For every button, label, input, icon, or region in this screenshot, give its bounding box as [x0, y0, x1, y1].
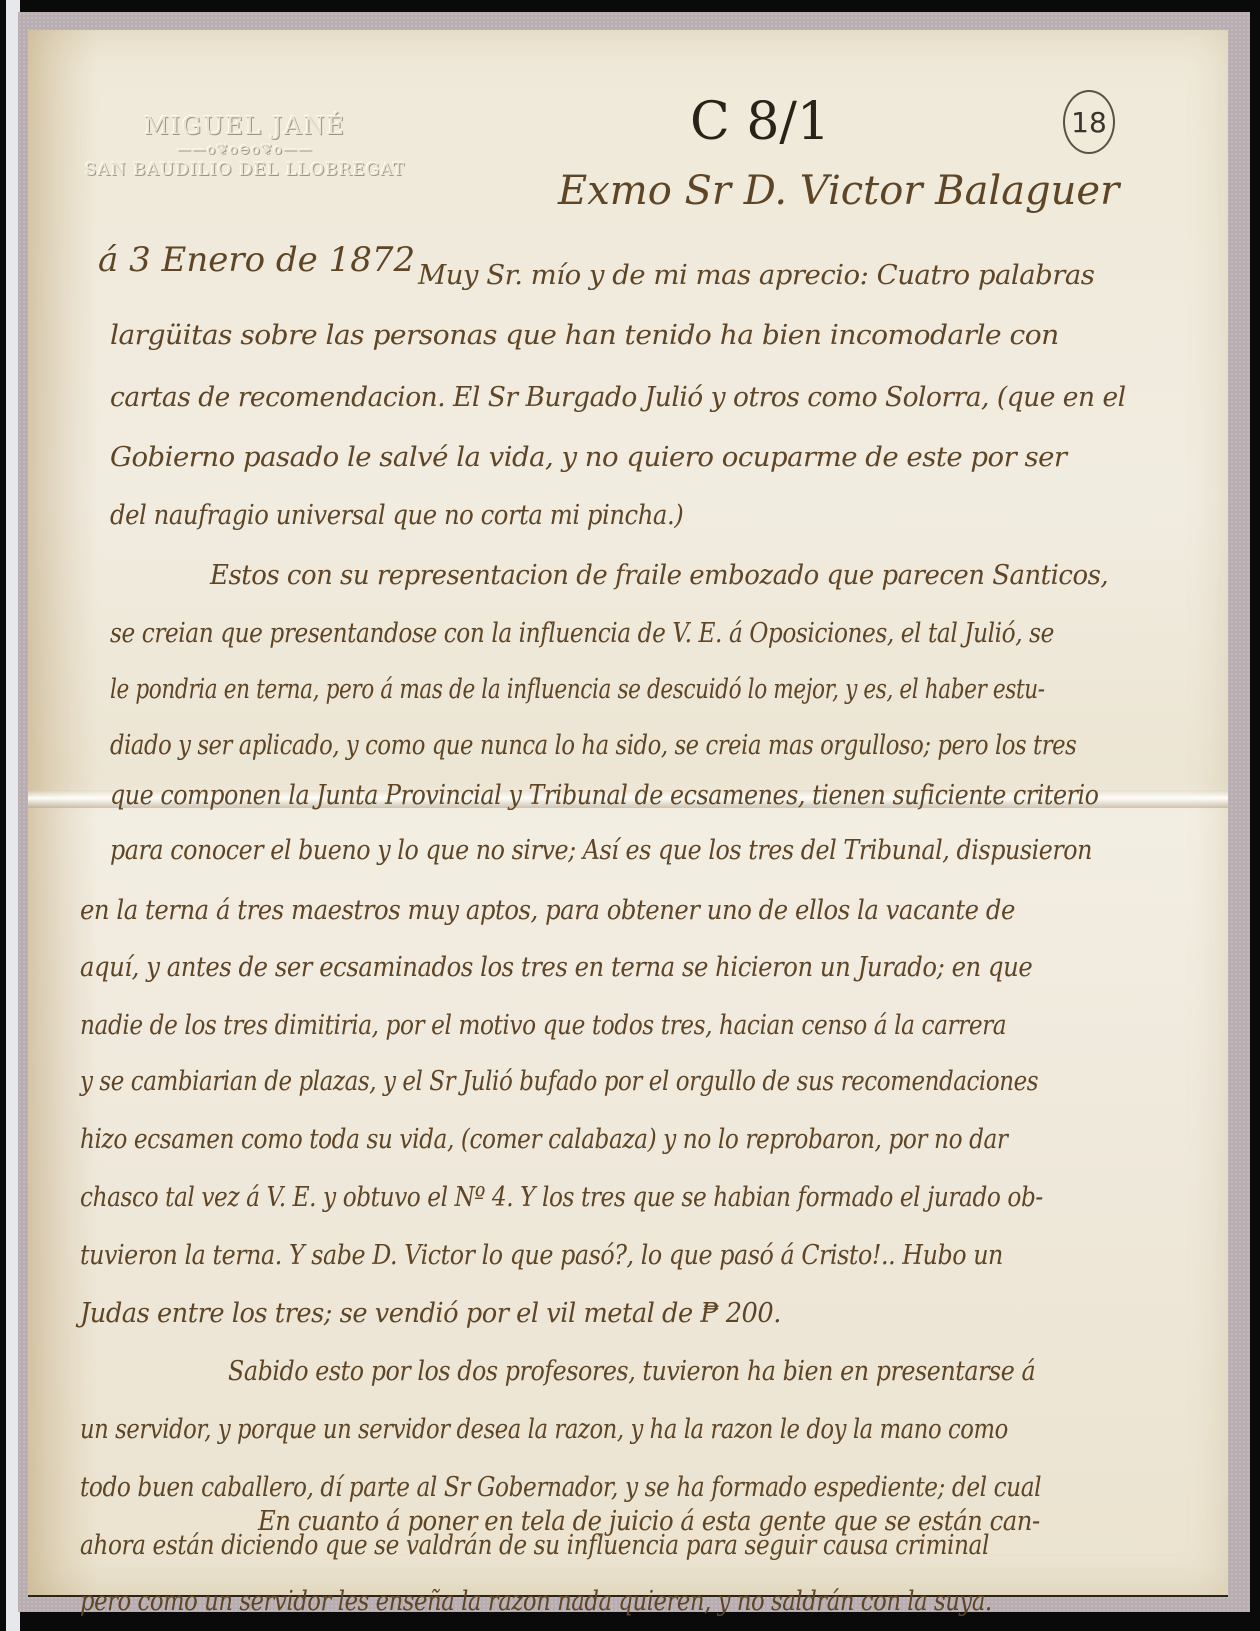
body-line: Judas entre los tres; se vendió por el v… — [80, 1298, 781, 1329]
body-line: Muy Sr. mío y de mi mas aprecio: Cuatro … — [418, 260, 1094, 291]
letter-page: MIGUEL JANÉ ——o❦o⊖o❦o—— SAN BAUDILIO DEL… — [28, 30, 1228, 1597]
folio-number-text: 18 — [1071, 106, 1107, 139]
body-line: en la terna á tres maestros muy aptos, p… — [80, 895, 1015, 926]
archive-mark: C 8/1 — [690, 92, 830, 152]
body-line: hizo ecsamen como toda su vida, (comer c… — [80, 1124, 1008, 1155]
letterhead-place: SAN BAUDILIO DEL LLOBREGAT — [80, 160, 410, 180]
paper-stain — [28, 30, 98, 1595]
body-line: aquí, y antes de ser ecsaminados los tre… — [80, 952, 1032, 983]
body-line: y se cambiarian de plazas, y el Sr Julió… — [80, 1066, 1038, 1097]
body-line: se creian que presentandose con la influ… — [110, 618, 1054, 649]
body-line-last: En cuanto á poner en tela de juicio á es… — [258, 1506, 1040, 1537]
body-line: que componen la Junta Provincial y Tribu… — [110, 780, 1099, 811]
body-line: diado y ser aplicado, y como que nunca l… — [110, 730, 1076, 761]
body-line: le pondria en terna, pero á mas de la in… — [110, 674, 1045, 705]
body-line: para conocer el bueno y lo que no sirve;… — [110, 835, 1092, 866]
body-line: del naufragio universal que no corta mi … — [110, 500, 683, 531]
body-line: nadie de los tres dimitiria, por el moti… — [80, 1010, 1006, 1041]
date-line: á 3 Enero de 1872 — [98, 240, 415, 280]
body-line: Gobierno pasado le salvé la vida, y no q… — [110, 442, 1067, 473]
salutation: Exmo Sr D. Victor Balaguer — [558, 168, 1119, 214]
body-line: largüitas sobre las personas que han ten… — [110, 320, 1059, 351]
letterhead-name: MIGUEL JANÉ — [80, 112, 410, 140]
body-line: Estos con su representacion de fraile em… — [210, 560, 1108, 591]
body-line: Sabido esto por los dos profesores, tuvi… — [228, 1356, 1035, 1387]
body-line: todo buen caballero, dí parte al Sr Gobe… — [80, 1472, 1041, 1503]
body-line: pero como un servidor les enseña la razo… — [80, 1586, 992, 1617]
body-line: cartas de recomendacion. El Sr Burgado J… — [110, 382, 1126, 413]
body-line: tuvieron la terna. Y sabe D. Victor lo q… — [80, 1240, 1003, 1271]
body-line: un servidor, y porque un servidor desea … — [80, 1414, 1008, 1445]
letterhead-ornament-icon: ——o❦o⊖o❦o—— — [80, 142, 410, 158]
body-line: chasco tal vez á V. E. y obtuvo el Nº 4.… — [80, 1182, 1043, 1213]
folio-number: 18 — [1063, 90, 1115, 154]
embossed-letterhead: MIGUEL JANÉ ——o❦o⊖o❦o—— SAN BAUDILIO DEL… — [80, 112, 410, 180]
